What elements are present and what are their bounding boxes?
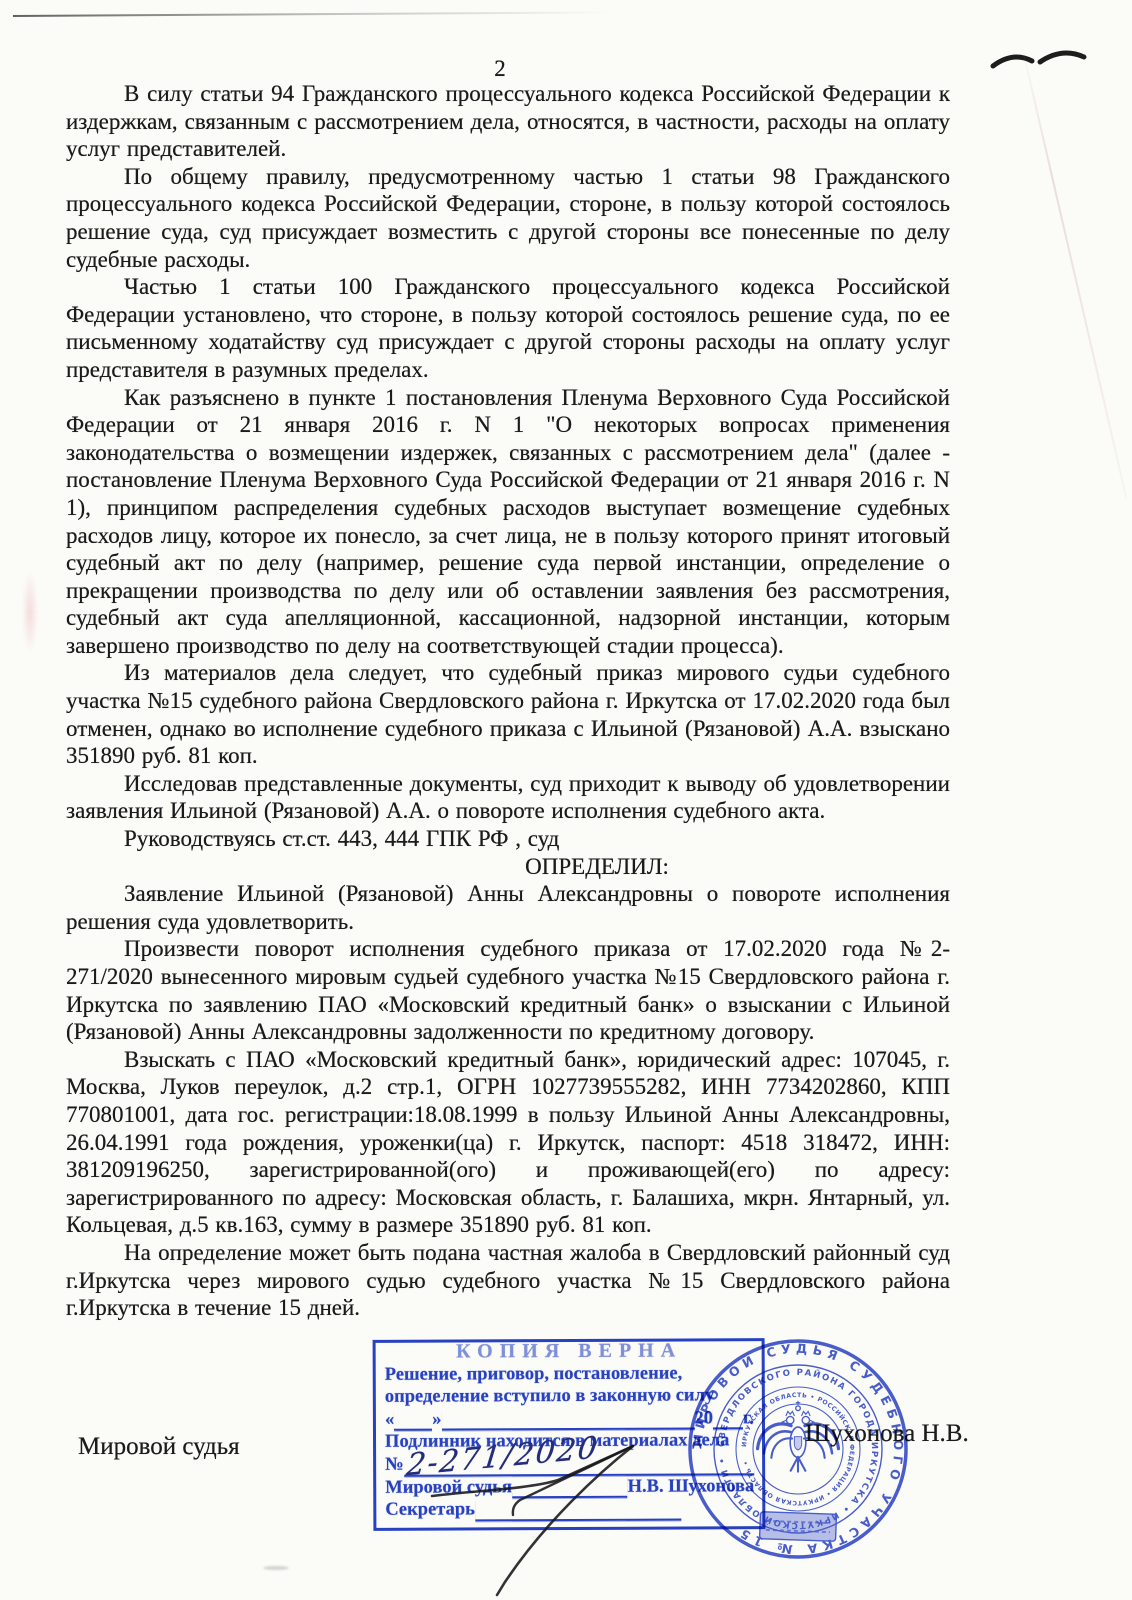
stamp-blank-underline — [475, 1499, 682, 1521]
scan-artifact-smudge — [22, 570, 38, 654]
judge-signature-label: Мировой судья — [78, 1433, 240, 1461]
document-paragraph: ОПРЕДЕЛИЛ: — [126, 853, 1010, 881]
stamp-blank-underline — [441, 1409, 694, 1431]
document-paragraph: Исследовав представленные документы, суд… — [66, 770, 950, 825]
scan-mark-icon — [1040, 53, 1084, 62]
document-body: В силу статьи 94 Гражданского процессуал… — [66, 80, 950, 1322]
seal-registration-band — [760, 1512, 837, 1542]
double-headed-eagle-icon — [758, 1401, 839, 1471]
document-paragraph: Как разъяснено в пункте 1 постановления … — [66, 384, 950, 660]
page-number: 2 — [0, 56, 1000, 82]
scan-artifact-crease — [1020, 42, 1128, 500]
stamp-close-quote: » — [432, 1408, 441, 1431]
document-paragraph: Руководствуясь ст.ст. 443, 444 ГПК РФ , … — [66, 825, 950, 853]
court-seal: МИРОВОЙ СУДЬЯ СУДЕБНОГО УЧАСТКА № 15 СВЕ… — [686, 1337, 910, 1561]
document-paragraph: Заявление Ильиной (Рязановой) Анны Алекс… — [66, 880, 950, 935]
document-paragraph: Из материалов дела следует, что судебный… — [66, 659, 950, 769]
document-paragraph: По общему правилу, предусмотренному част… — [66, 163, 950, 273]
document-paragraph: Взыскать с ПАО «Московский кредитный бан… — [66, 1046, 950, 1239]
stamp-blank-underline — [512, 1477, 628, 1499]
scan-artifact-top-line — [13, 11, 613, 17]
document-paragraph: В силу статьи 94 Гражданского процессуал… — [66, 80, 950, 163]
document-paragraph: Произвести поворот исполнения судебного … — [66, 935, 950, 1045]
stamp-secretary-label: Секретарь — [385, 1499, 475, 1522]
court-document-page: 2 В силу статьи 94 Гражданского процессу… — [0, 0, 1132, 1600]
document-paragraph: Частью 1 статьи 100 Гражданского процесс… — [66, 273, 950, 383]
scan-artifact-dash — [263, 1566, 289, 1570]
stamp-open-quote: « — [385, 1409, 394, 1432]
stamp-blank-underline — [394, 1410, 432, 1431]
stamp-number-label: № — [385, 1454, 404, 1477]
document-paragraph: На определение может быть подана частная… — [66, 1239, 950, 1322]
scan-artifact-corner-marks — [985, 40, 1095, 80]
